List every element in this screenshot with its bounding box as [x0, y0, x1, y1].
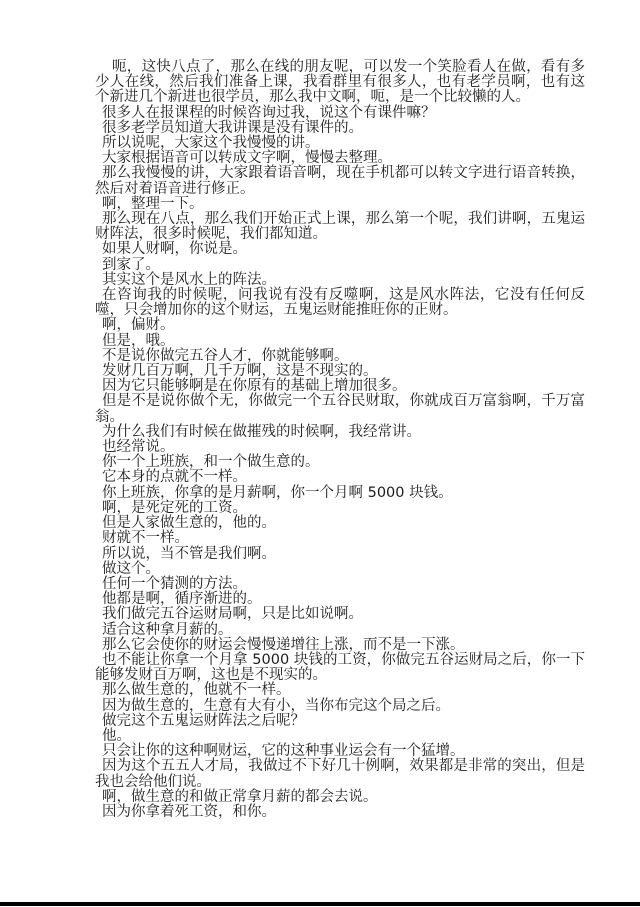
paragraph: 但是不是说你做个无，你做完一个五谷民财取，你就成百万富翁啊，千万富翁。 [95, 394, 585, 424]
paragraph: 啊，整理一下。 [95, 197, 585, 212]
paragraph: 适合这种拿月薪的。 [95, 623, 585, 638]
paragraph: 很多人在报课程的时候咨询过我，说这个有课件嘛？ [95, 106, 585, 121]
paragraph: 发财几百万啊，几千万啊，这是不现实的。 [95, 364, 585, 379]
paragraph: 为什么我们有时候在做摧残的时候啊，我经常讲。 [95, 425, 585, 440]
paragraph: 如果人财啊，你说是。 [95, 242, 585, 257]
paragraph: 啊，做生意的和做正常拿月薪的都会去说。 [95, 790, 585, 805]
paragraph: 因为这个五五人才局，我做过不下好几十例啊，效果都是非常的突出，但是我也会给他们说… [95, 759, 585, 789]
page-bottom-divider [0, 902, 640, 906]
paragraph: 呃，这快八点了，那么在线的朋友呢，可以发一个笑脸看人在做，看有多少人在线，然后我… [95, 60, 585, 106]
paragraph: 不是说你做完五谷人才，你就能够啊。 [95, 349, 585, 364]
paragraph: 它本身的点就不一样。 [95, 470, 585, 485]
paragraph: 那么做生意的，他就不一样。 [95, 683, 585, 698]
paragraph: 所以说呢，大家这个我慢慢的讲。 [95, 136, 585, 151]
paragraph: 做完这个五鬼运财阵法之后呢？ [95, 714, 585, 729]
paragraph: 到家了。 [95, 258, 585, 273]
paragraph: 那么我慢慢的讲，大家跟着语音啊，现在手机都可以转文字进行语音转换，然后对着语音进… [95, 166, 585, 196]
paragraph: 他。 [95, 729, 585, 744]
paragraph: 因为你拿着死工资，和你。 [95, 805, 585, 820]
paragraph: 做这个。 [95, 562, 585, 577]
paragraph: 我们做完五谷运财局啊，只是比如说啊。 [95, 607, 585, 622]
paragraph: 财就不一样。 [95, 531, 585, 546]
document-page: 呃，这快八点了，那么在线的朋友呢，可以发一个笑脸看人在做，看有多少人在线，然后我… [0, 0, 640, 907]
paragraph: 所以说，当不管是我们啊。 [95, 547, 585, 562]
paragraph: 其实这个是风水上的阵法。 [95, 273, 585, 288]
paragraph: 那么它会使你的财运会慢慢递增往上涨，而不是一下涨。 [95, 638, 585, 653]
paragraph: 也不能让你拿一个月拿 5000 块钱的工资，你做完五谷运财局之后，你一下能够发财… [95, 653, 585, 683]
paragraph: 因为做生意的，生意有大有小，当你布完这个局之后。 [95, 699, 585, 714]
paragraph: 啊，是死定死的工资。 [95, 501, 585, 516]
paragraph: 也经常说。 [95, 440, 585, 455]
paragraph: 你上班族，你拿的是月薪啊，你一个月啊 5000 块钱。 [95, 486, 585, 501]
paragraph: 但是，哦。 [95, 334, 585, 349]
transcript-text: 呃，这快八点了，那么在线的朋友呢，可以发一个笑脸看人在做，看有多少人在线，然后我… [95, 60, 585, 820]
paragraph: 在咨询我的时候呢，问我说有没有反噬啊，这是风水阵法，它没有任何反噬，只会增加你的… [95, 288, 585, 318]
paragraph: 啊，偏财。 [95, 318, 585, 333]
paragraph: 那么现在八点，那么我们开始正式上课，那么第一个呢，我们讲啊，五鬼运财阵法，很多时… [95, 212, 585, 242]
paragraph: 任何一个猜测的方法。 [95, 577, 585, 592]
paragraph: 很多老学员知道大我讲课是没有课件的。 [95, 121, 585, 136]
